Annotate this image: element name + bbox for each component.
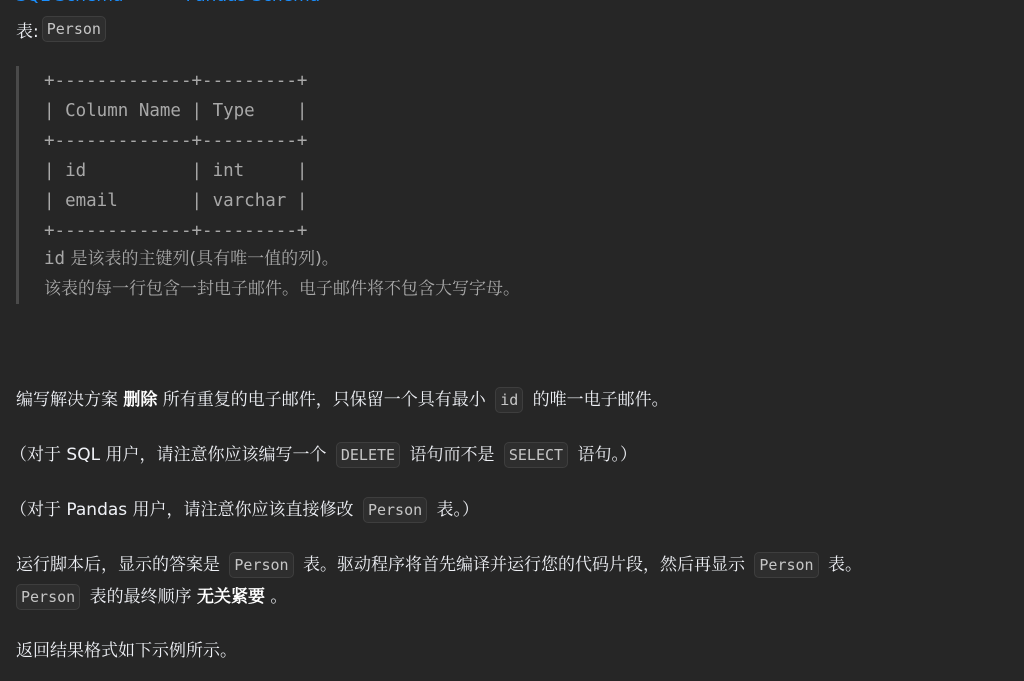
paragraph-format: 返回结果格式如下示例所示。: [16, 635, 237, 667]
pandas-schema-label: Pandas Schema: [186, 0, 321, 6]
schema-table: +-------------+---------+ | Column Name …: [44, 66, 307, 246]
schema-blockquote: +-------------+---------+ | Column Name …: [16, 66, 719, 304]
text: 编写解决方案: [16, 390, 123, 410]
bold-text: 无关紧要: [197, 587, 265, 607]
text: 所有重复的电子邮件，只保留一个具有最小: [157, 390, 491, 410]
paragraph-order: Person 表的最终顺序 无关紧要 。: [16, 581, 287, 613]
chevron-right-icon: ›: [139, 0, 146, 6]
chevron-right-icon: ›: [336, 0, 343, 6]
schema-note-code: id: [44, 249, 65, 269]
bold-text: 删除: [123, 390, 157, 410]
schema-note-primary-key: id 是该表的主键列(具有唯一值的列)。: [44, 244, 339, 269]
schema-border: +-------------+---------+: [44, 131, 307, 151]
schema-header-row: | Column Name | Type |: [44, 101, 307, 121]
text: 表。: [823, 555, 862, 575]
schema-row: | email | varchar |: [44, 191, 307, 211]
pandas-schema-link[interactable]: Pandas Schema ›: [186, 0, 343, 6]
text: 的唯一电子邮件。: [527, 390, 668, 410]
inline-code: Person: [754, 552, 818, 578]
sql-schema-label: SQL Schema: [16, 0, 123, 6]
text: 。: [265, 587, 287, 607]
text: 运行脚本后，显示的答案是: [16, 555, 225, 575]
schema-border: +-------------+---------+: [44, 221, 307, 241]
inline-code: id: [495, 387, 523, 413]
table-label-line: 表: Person: [16, 14, 110, 44]
schema-note-text: 是该表的主键列(具有唯一值的列)。: [65, 249, 339, 269]
inline-code: SELECT: [504, 442, 568, 468]
text: （对于 SQL 用户，请注意你应该编写一个: [10, 445, 332, 465]
text: 表。驱动程序将首先编译并运行您的代码片段，然后再显示: [298, 555, 751, 575]
inline-code: DELETE: [336, 442, 400, 468]
inline-code: Person: [229, 552, 293, 578]
inline-code: Person: [363, 497, 427, 523]
paragraph-pandas-note: （对于 Pandas 用户，请注意你应该直接修改 Person 表。）: [10, 494, 479, 526]
text: 表的最终顺序: [84, 587, 197, 607]
paragraph-task: 编写解决方案 删除 所有重复的电子邮件，只保留一个具有最小 id 的唯一电子邮件…: [16, 384, 669, 416]
table-label-prefix: 表:: [16, 17, 39, 42]
paragraph-output: 运行脚本后，显示的答案是 Person 表。驱动程序将首先编译并运行您的代码片段…: [16, 549, 862, 581]
text: 表。）: [431, 500, 479, 520]
sql-schema-link[interactable]: SQL Schema ›: [16, 0, 146, 6]
paragraph-sql-note: （对于 SQL 用户，请注意你应该编写一个 DELETE 语句而不是 SELEC…: [10, 439, 637, 471]
text: （对于 Pandas 用户，请注意你应该直接修改: [10, 500, 359, 520]
schema-row: | id | int |: [44, 161, 307, 181]
schema-border: +-------------+---------+: [44, 71, 307, 91]
text: 语句而不是: [404, 445, 500, 465]
table-name-code: Person: [42, 16, 106, 42]
schema-links: SQL Schema › Pandas Schema ›: [16, 0, 342, 6]
text: 语句。）: [572, 445, 637, 465]
inline-code: Person: [16, 584, 80, 610]
schema-note-rows: 该表的每一行包含一封电子邮件。电子邮件将不包含大写字母。: [44, 274, 520, 299]
